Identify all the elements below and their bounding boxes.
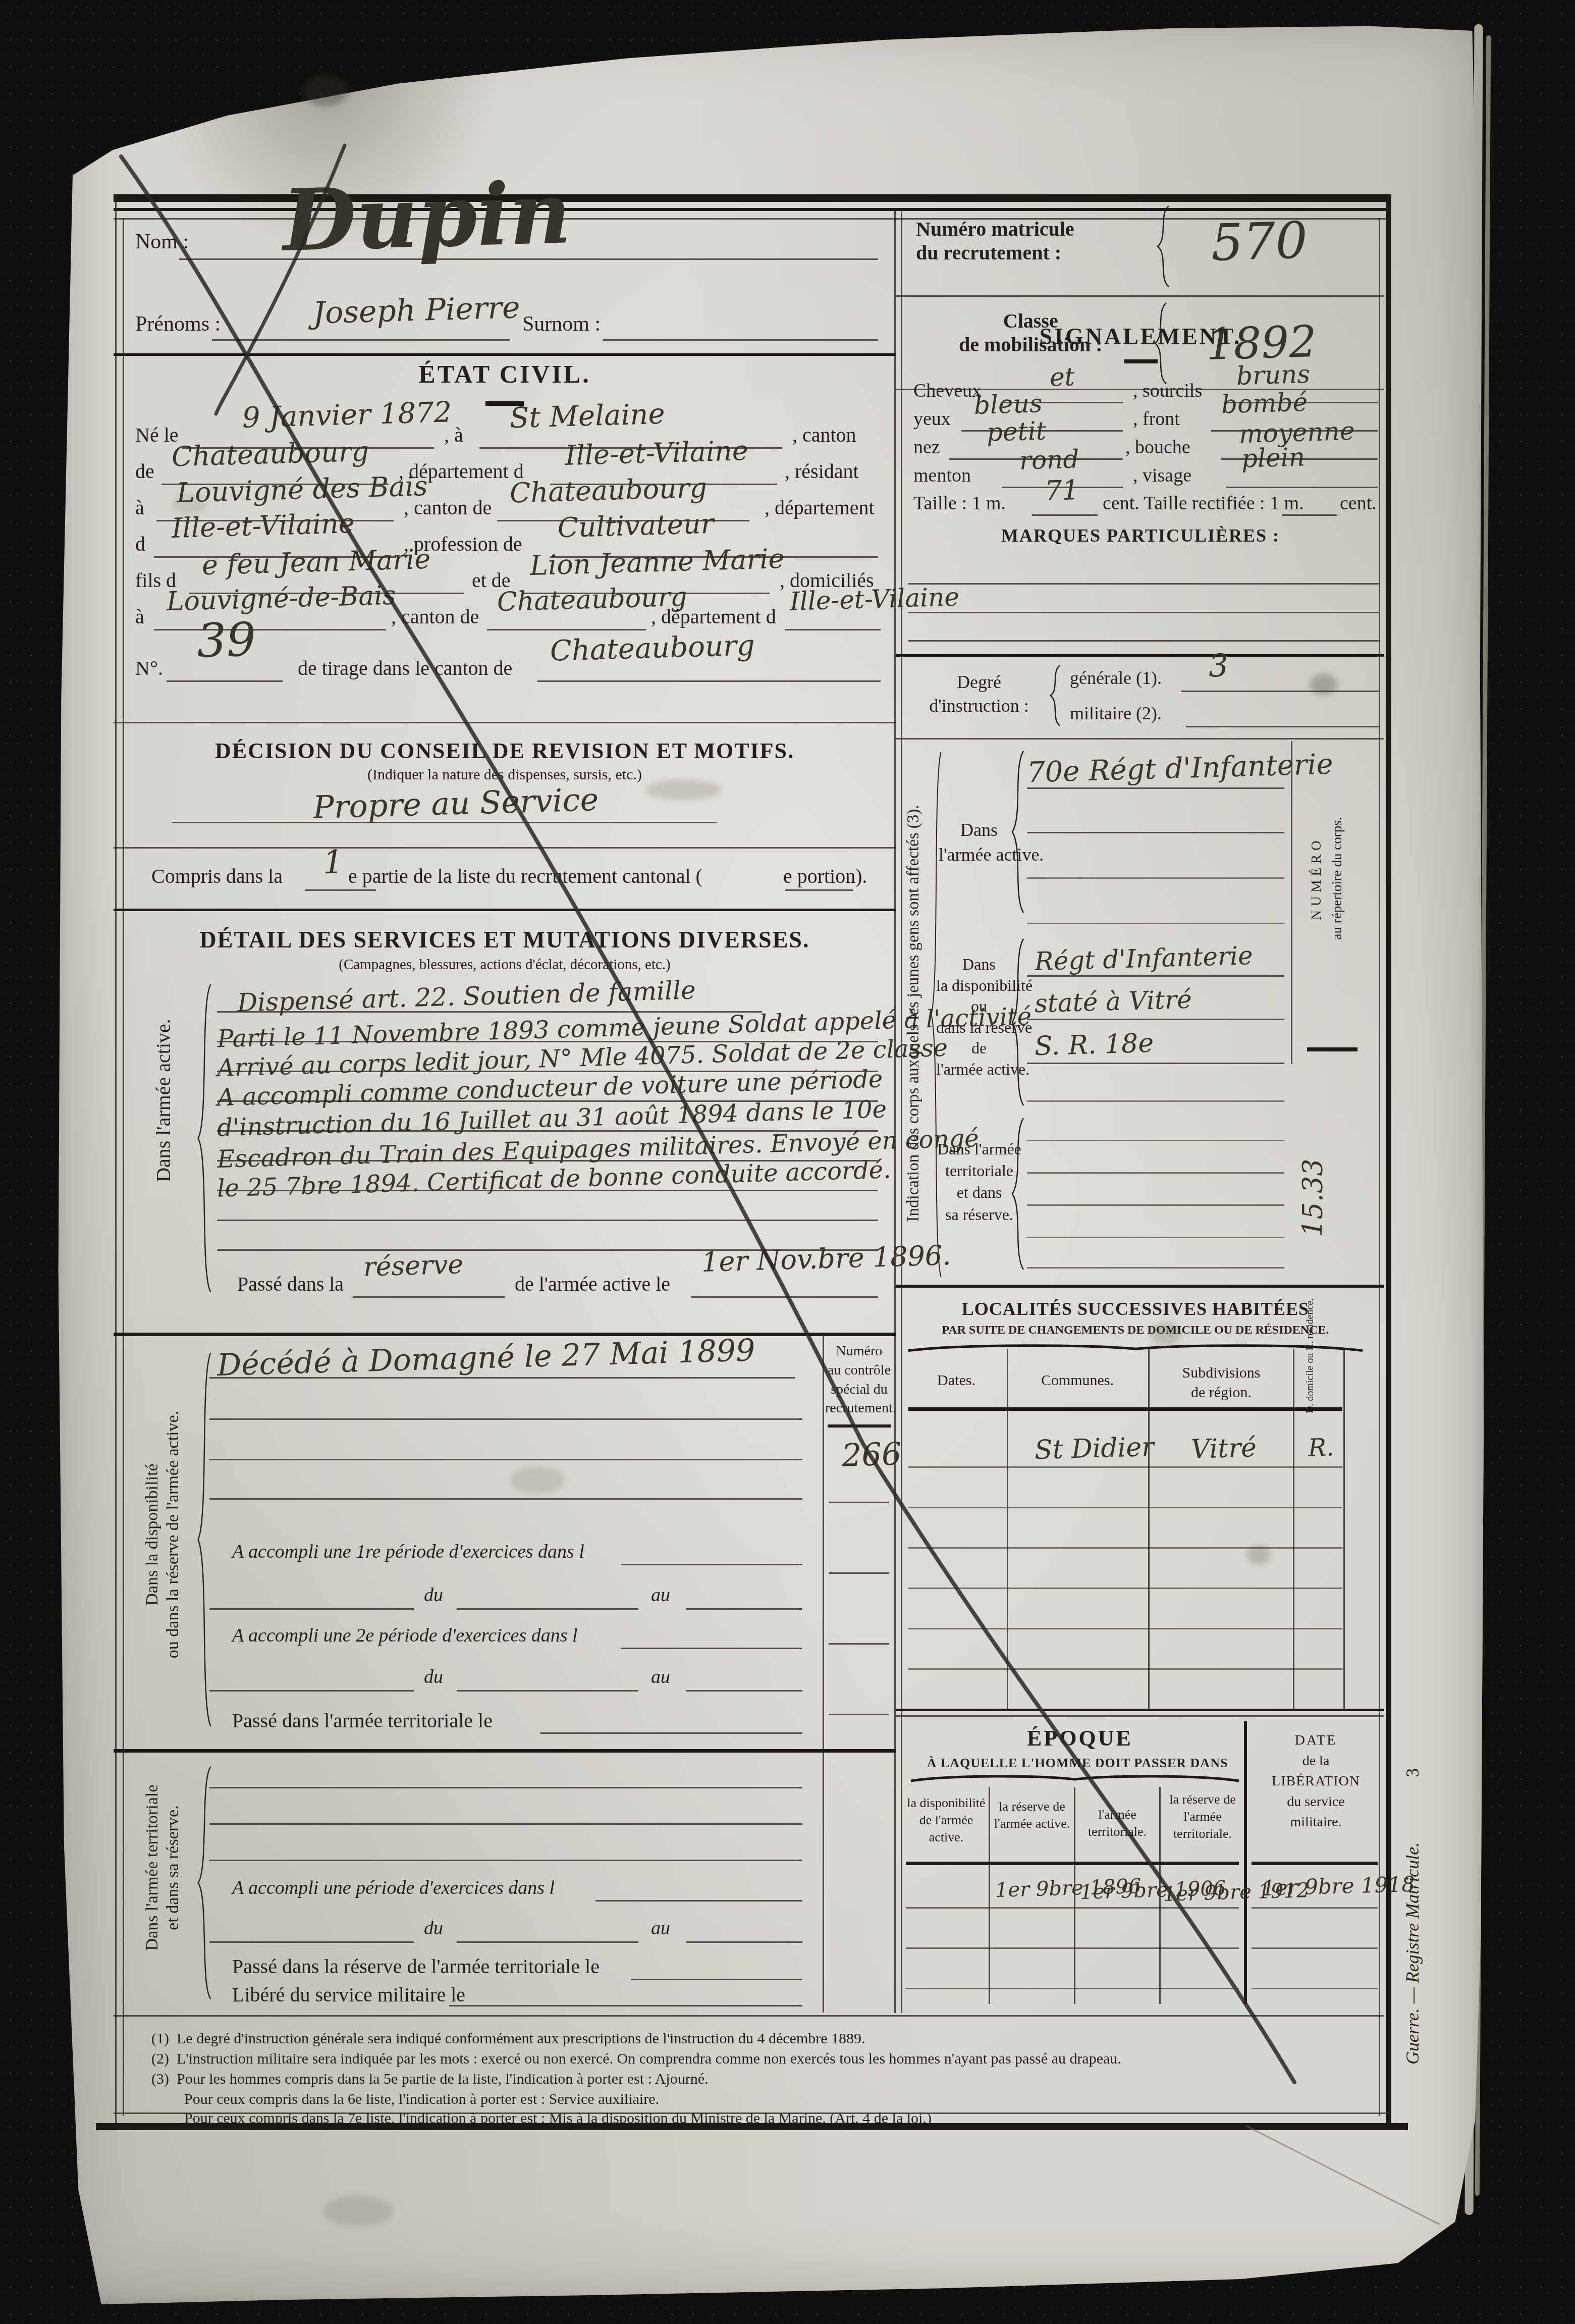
scanned-military-register-page: Nom : Dupin Prénoms : Joseph Pierre Surn… (0, 0, 1575, 2324)
cancellation-stroke (0, 0, 1575, 2324)
